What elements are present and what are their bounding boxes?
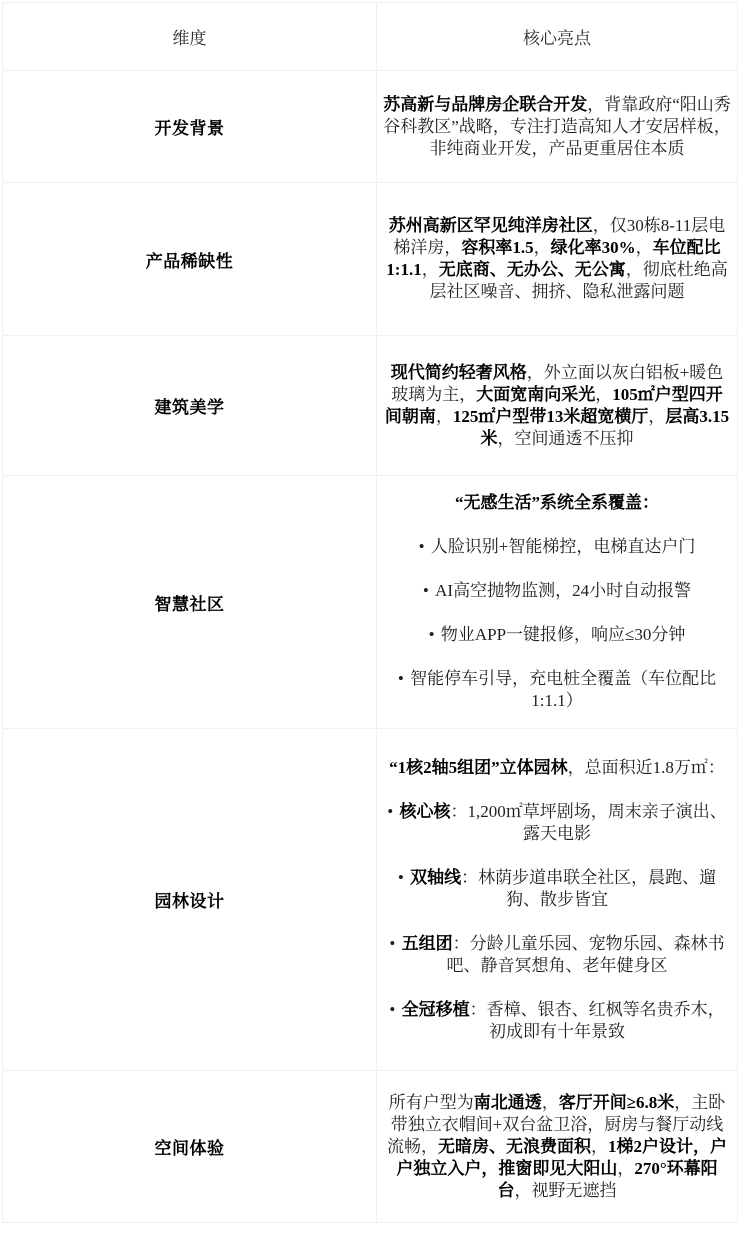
bold-text-run: 绿化率30%: [551, 238, 636, 257]
text-run: ：香樟、银杏、红枫等名贵乔木，初成即有十年景致: [470, 1000, 725, 1041]
text-run: ：分龄儿童乐园、宠物乐园、森林书吧、静音冥想角、老年健身区: [447, 934, 725, 975]
text-run: ，: [591, 1137, 608, 1156]
bold-text-run: 核心核: [399, 802, 450, 821]
highlights-cell: 苏州高新区罕见纯洋房社区，仅30栋8-11层电梯洋房，容积率1.5，绿化率30%…: [377, 183, 738, 336]
highlights-cell: “无感生活”系统全系覆盖：• 人脸识别+智能梯控，电梯直达户门• AI高空抛物监…: [377, 476, 738, 729]
bullet-item: • 物业APP一键报修，响应≤30分钟: [383, 624, 731, 646]
highlights-cell: “1核2轴5组团”立体园林，总面积近1.8万㎡：• 核心核：1,200㎡草坪剧场…: [377, 729, 738, 1071]
text-run: ，: [534, 238, 551, 257]
table-row: 空间体验 所有户型为南北通透，客厅开间≥6.8米，主卧带独立衣帽间+双台盆卫浴，…: [3, 1071, 738, 1223]
bold-text-run: 苏高新与品牌房企联合开发: [383, 95, 587, 114]
text-run: ，: [636, 238, 653, 257]
table-row: 智慧社区 “无感生活”系统全系覆盖：• 人脸识别+智能梯控，电梯直达户门• AI…: [3, 476, 738, 729]
text-run: ：1,200㎡草坪剧场，周末亲子演出、露天电影: [450, 802, 726, 843]
bold-text-run: 全冠移植: [402, 1000, 470, 1019]
highlight-paragraph: 现代简约轻奢风格，外立面以灰白铝板+暖色玻璃为主，大面宽南向采光，105㎡户型四…: [383, 362, 731, 450]
text-run: ，视野无遮挡: [515, 1181, 617, 1200]
table-row: 园林设计 “1核2轴5组团”立体园林，总面积近1.8万㎡：• 核心核：1,200…: [3, 729, 738, 1071]
dimension-cell: 建筑美学: [3, 336, 377, 476]
text-run: ，: [617, 1159, 634, 1178]
text-run: ：林荫步道串联全社区，晨跑、遛狗、散步皆宜: [461, 868, 716, 909]
dimension-cell: 产品稀缺性: [3, 183, 377, 336]
bullet-item: • 五组团：分龄儿童乐园、宠物乐园、森林书吧、静音冥想角、老年健身区: [383, 933, 731, 977]
highlights-cell: 现代简约轻奢风格，外立面以灰白铝板+暖色玻璃为主，大面宽南向采光，105㎡户型四…: [377, 336, 738, 476]
text-run: ，: [595, 385, 612, 404]
text-run: AI高空抛物监测，24小时自动报警: [435, 581, 691, 600]
bold-text-run: “1核2轴5组团”立体园林: [389, 758, 568, 777]
bold-text-run: 无底商、无办公、无公寓: [439, 260, 626, 279]
bold-text-run: 容积率1.5: [461, 238, 533, 257]
dimension-cell: 园林设计: [3, 729, 377, 1071]
highlights-cell: 所有户型为南北通透，客厅开间≥6.8米，主卧带独立衣帽间+双台盆卫浴，厨房与餐厅…: [377, 1071, 738, 1223]
dimension-label: 空间体验: [155, 1139, 225, 1158]
bullet-icon: •: [423, 581, 433, 600]
text-run: 所有户型为: [389, 1093, 474, 1112]
text-run: ，: [436, 407, 453, 426]
table-row: 建筑美学 现代简约轻奢风格，外立面以灰白铝板+暖色玻璃为主，大面宽南向采光，10…: [3, 336, 738, 476]
text-run: ，: [648, 407, 665, 426]
bold-text-run: 客厅开间≥6.8米: [559, 1093, 675, 1112]
bullet-icon: •: [398, 669, 408, 688]
column-header-dimension: 维度: [3, 3, 377, 71]
bullet-item: • 人脸识别+智能梯控，电梯直达户门: [383, 536, 731, 558]
dimension-cell: 智慧社区: [3, 476, 377, 729]
bold-text-run: 大面宽南向采光: [476, 385, 595, 404]
bullet-icon: •: [429, 625, 439, 644]
bold-text-run: 五组团: [402, 934, 453, 953]
table-row: 开发背景 苏高新与品牌房企联合开发，背靠政府“阳山秀谷科教区”战略，专注打造高知…: [3, 71, 738, 183]
bold-text-run: 现代简约轻奢风格: [391, 363, 527, 382]
column-header-highlights: 核心亮点: [377, 3, 738, 71]
text-run: ，: [422, 260, 439, 279]
bullet-item: • 双轴线：林荫步道串联全社区，晨跑、遛狗、散步皆宜: [383, 867, 731, 911]
table-header-row: 维度 核心亮点: [3, 3, 738, 71]
highlight-paragraph: 所有户型为南北通透，客厅开间≥6.8米，主卧带独立衣帽间+双台盆卫浴，厨房与餐厅…: [383, 1092, 731, 1202]
bold-text-run: 南北通透: [474, 1093, 542, 1112]
text-run: ，: [542, 1093, 559, 1112]
bullet-icon: •: [389, 934, 399, 953]
text-run: ，空间通透不压抑: [498, 429, 634, 448]
text-run: 智能停车引导，充电桩全覆盖（车位配比1:1.1）: [410, 669, 716, 710]
dimension-label: 智慧社区: [155, 595, 225, 614]
bold-text-run: 125㎡户型带13米超宽横厅: [453, 407, 649, 426]
bullet-item: • 智能停车引导，充电桩全覆盖（车位配比1:1.1）: [383, 668, 731, 712]
bullet-item: • 核心核：1,200㎡草坪剧场，周末亲子演出、露天电影: [383, 801, 731, 845]
dimension-label: 产品稀缺性: [146, 252, 234, 271]
highlight-paragraph: 苏高新与品牌房企联合开发，背靠政府“阳山秀谷科教区”战略，专注打造高知人才安居样…: [383, 94, 731, 160]
bullet-icon: •: [387, 802, 397, 821]
dimension-label: 园林设计: [155, 892, 225, 911]
highlights-comparison-table: 维度 核心亮点 开发背景 苏高新与品牌房企联合开发，背靠政府“阳山秀谷科教区”战…: [2, 2, 738, 1223]
table-body: 开发背景 苏高新与品牌房企联合开发，背靠政府“阳山秀谷科教区”战略，专注打造高知…: [3, 71, 738, 1223]
text-run: ，总面积近1.8万㎡：: [568, 758, 725, 777]
text-run: 人脸识别+智能梯控，电梯直达户门: [431, 537, 696, 556]
text-run: 物业APP一键报修，响应≤30分钟: [441, 625, 686, 644]
dimension-label: 建筑美学: [155, 398, 225, 417]
dimension-cell: 开发背景: [3, 71, 377, 183]
bold-text-run: 无暗房、无浪费面积: [438, 1137, 591, 1156]
bold-text-run: 苏州高新区罕见纯洋房社区: [389, 216, 593, 235]
highlights-cell: 苏高新与品牌房企联合开发，背靠政府“阳山秀谷科教区”战略，专注打造高知人才安居样…: [377, 71, 738, 183]
bullet-item: • 全冠移植：香樟、银杏、红枫等名贵乔木，初成即有十年景致: [383, 999, 731, 1043]
highlight-paragraph: 苏州高新区罕见纯洋房社区，仅30栋8-11层电梯洋房，容积率1.5，绿化率30%…: [383, 215, 731, 303]
bullet-icon: •: [398, 868, 408, 887]
bullet-item: • AI高空抛物监测，24小时自动报警: [383, 580, 731, 602]
highlight-paragraph: “1核2轴5组团”立体园林，总面积近1.8万㎡：: [383, 757, 731, 779]
bullet-icon: •: [389, 1000, 399, 1019]
table-header: 维度 核心亮点: [3, 3, 738, 71]
bullet-icon: •: [419, 537, 429, 556]
table-row: 产品稀缺性 苏州高新区罕见纯洋房社区，仅30栋8-11层电梯洋房，容积率1.5，…: [3, 183, 738, 336]
highlight-paragraph: “无感生活”系统全系覆盖：: [383, 492, 731, 514]
dimension-label: 开发背景: [155, 119, 225, 138]
bold-text-run: 双轴线: [410, 868, 461, 887]
dimension-cell: 空间体验: [3, 1071, 377, 1223]
bold-text-run: “无感生活”系统全系覆盖：: [455, 493, 659, 512]
